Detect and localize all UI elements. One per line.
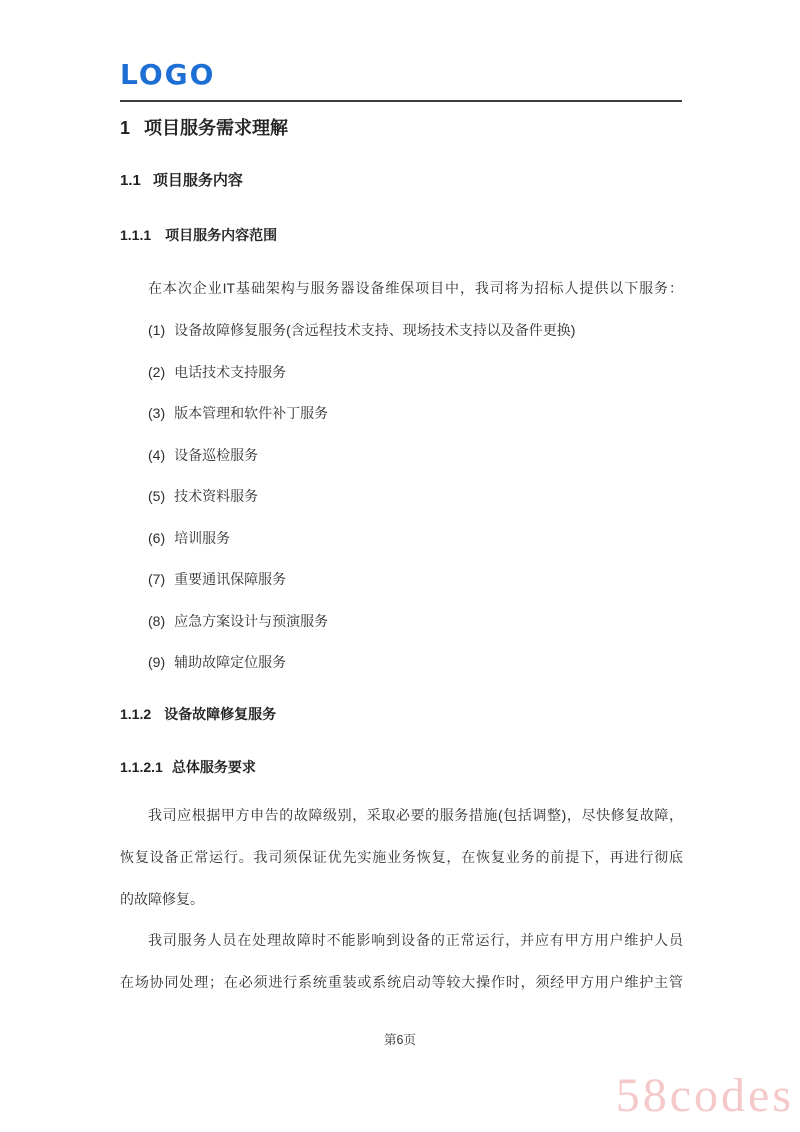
list-item: (4)设备巡检服务: [148, 435, 683, 477]
list-item-number: (1): [148, 322, 165, 338]
heading-1-title: 项目服务需求理解: [144, 116, 288, 140]
header-divider: [120, 100, 682, 102]
list-item-number: (9): [148, 654, 165, 670]
heading-1-1-2-title: 设备故障修复服务: [164, 705, 276, 724]
paragraph-line: 的故障修复。: [120, 878, 683, 920]
list-item-number: (6): [148, 530, 165, 546]
heading-1-1-title: 项目服务内容: [153, 171, 243, 191]
service-list: (1)设备故障修复服务(含远程技术支持、现场技术支持以及备件更换) (2)电话技…: [148, 310, 683, 684]
list-item-text: 版本管理和软件补丁服务: [174, 405, 328, 421]
list-item-text: 设备故障修复服务(含远程技术支持、现场技术支持以及备件更换): [174, 322, 575, 338]
list-item: (2)电话技术支持服务: [148, 352, 683, 394]
list-item: (9)辅助故障定位服务: [148, 642, 683, 684]
list-item-number: (4): [148, 447, 165, 463]
heading-1-1-2: 1.1.2 设备故障修复服务: [120, 705, 276, 724]
heading-1-1-2-1: 1.1.2.1 总体服务要求: [120, 758, 256, 777]
list-item-text: 技术资料服务: [174, 488, 258, 504]
heading-1-1: 1.1 项目服务内容: [120, 171, 243, 191]
heading-1-1-2-number: 1.1.2: [120, 705, 151, 724]
heading-1-1-number: 1.1: [120, 171, 141, 191]
list-item: (1)设备故障修复服务(含远程技术支持、现场技术支持以及备件更换): [148, 310, 683, 352]
paragraph-line: 我司应根据甲方申告的故障级别，采取必要的服务措施(包括调整)，尽快修复故障，: [120, 794, 683, 836]
paragraph-line: 我司服务人员在处理故障时不能影响到设备的正常运行，并应有甲方用户维护人员: [120, 919, 683, 961]
heading-1-1-2-1-title: 总体服务要求: [172, 758, 256, 777]
list-item-number: (5): [148, 488, 165, 504]
heading-1-1-1: 1.1.1 项目服务内容范围: [120, 225, 277, 245]
list-item-number: (8): [148, 613, 165, 629]
intro-paragraph: 在本次企业IT基础架构与服务器设备维保项目中，我司将为招标人提供以下服务：: [120, 278, 683, 298]
list-item-text: 电话技术支持服务: [174, 364, 286, 380]
list-item-text: 培训服务: [174, 530, 230, 546]
watermark-text: 58codes: [616, 1070, 794, 1122]
list-item-text: 应急方案设计与预演服务: [174, 613, 328, 629]
list-item-number: (3): [148, 405, 165, 421]
list-item: (6)培训服务: [148, 518, 683, 560]
heading-1-1-1-title: 项目服务内容范围: [165, 225, 277, 245]
list-item-number: (2): [148, 364, 165, 380]
heading-1: 1 项目服务需求理解: [120, 116, 288, 140]
list-item-text: 重要通讯保障服务: [174, 571, 286, 587]
list-item-number: (7): [148, 571, 165, 587]
list-item-text: 辅助故障定位服务: [174, 654, 286, 670]
list-item: (8)应急方案设计与预演服务: [148, 601, 683, 643]
list-item: (3)版本管理和软件补丁服务: [148, 393, 683, 435]
body-paragraph-1: 我司应根据甲方申告的故障级别，采取必要的服务措施(包括调整)，尽快修复故障， 恢…: [120, 794, 683, 920]
page-number: 第6页: [0, 1032, 800, 1048]
heading-1-1-2-1-number: 1.1.2.1: [120, 758, 163, 777]
paragraph-line: 恢复设备正常运行。我司须保证优先实施业务恢复，在恢复业务的前提下，再进行彻底: [120, 836, 683, 878]
heading-1-number: 1: [120, 116, 130, 140]
document-page: LOGO 1 项目服务需求理解 1.1 项目服务内容 1.1.1 项目服务内容范…: [0, 0, 800, 1132]
company-logo: LOGO: [120, 58, 215, 91]
list-item: (7)重要通讯保障服务: [148, 559, 683, 601]
list-item-text: 设备巡检服务: [174, 447, 258, 463]
list-item: (5)技术资料服务: [148, 476, 683, 518]
heading-1-1-1-number: 1.1.1: [120, 225, 151, 245]
paragraph-line: 在场协同处理；在必须进行系统重装或系统启动等较大操作时，须经甲方用户维护主管: [120, 961, 683, 1003]
body-paragraph-2: 我司服务人员在处理故障时不能影响到设备的正常运行，并应有甲方用户维护人员 在场协…: [120, 919, 683, 1003]
